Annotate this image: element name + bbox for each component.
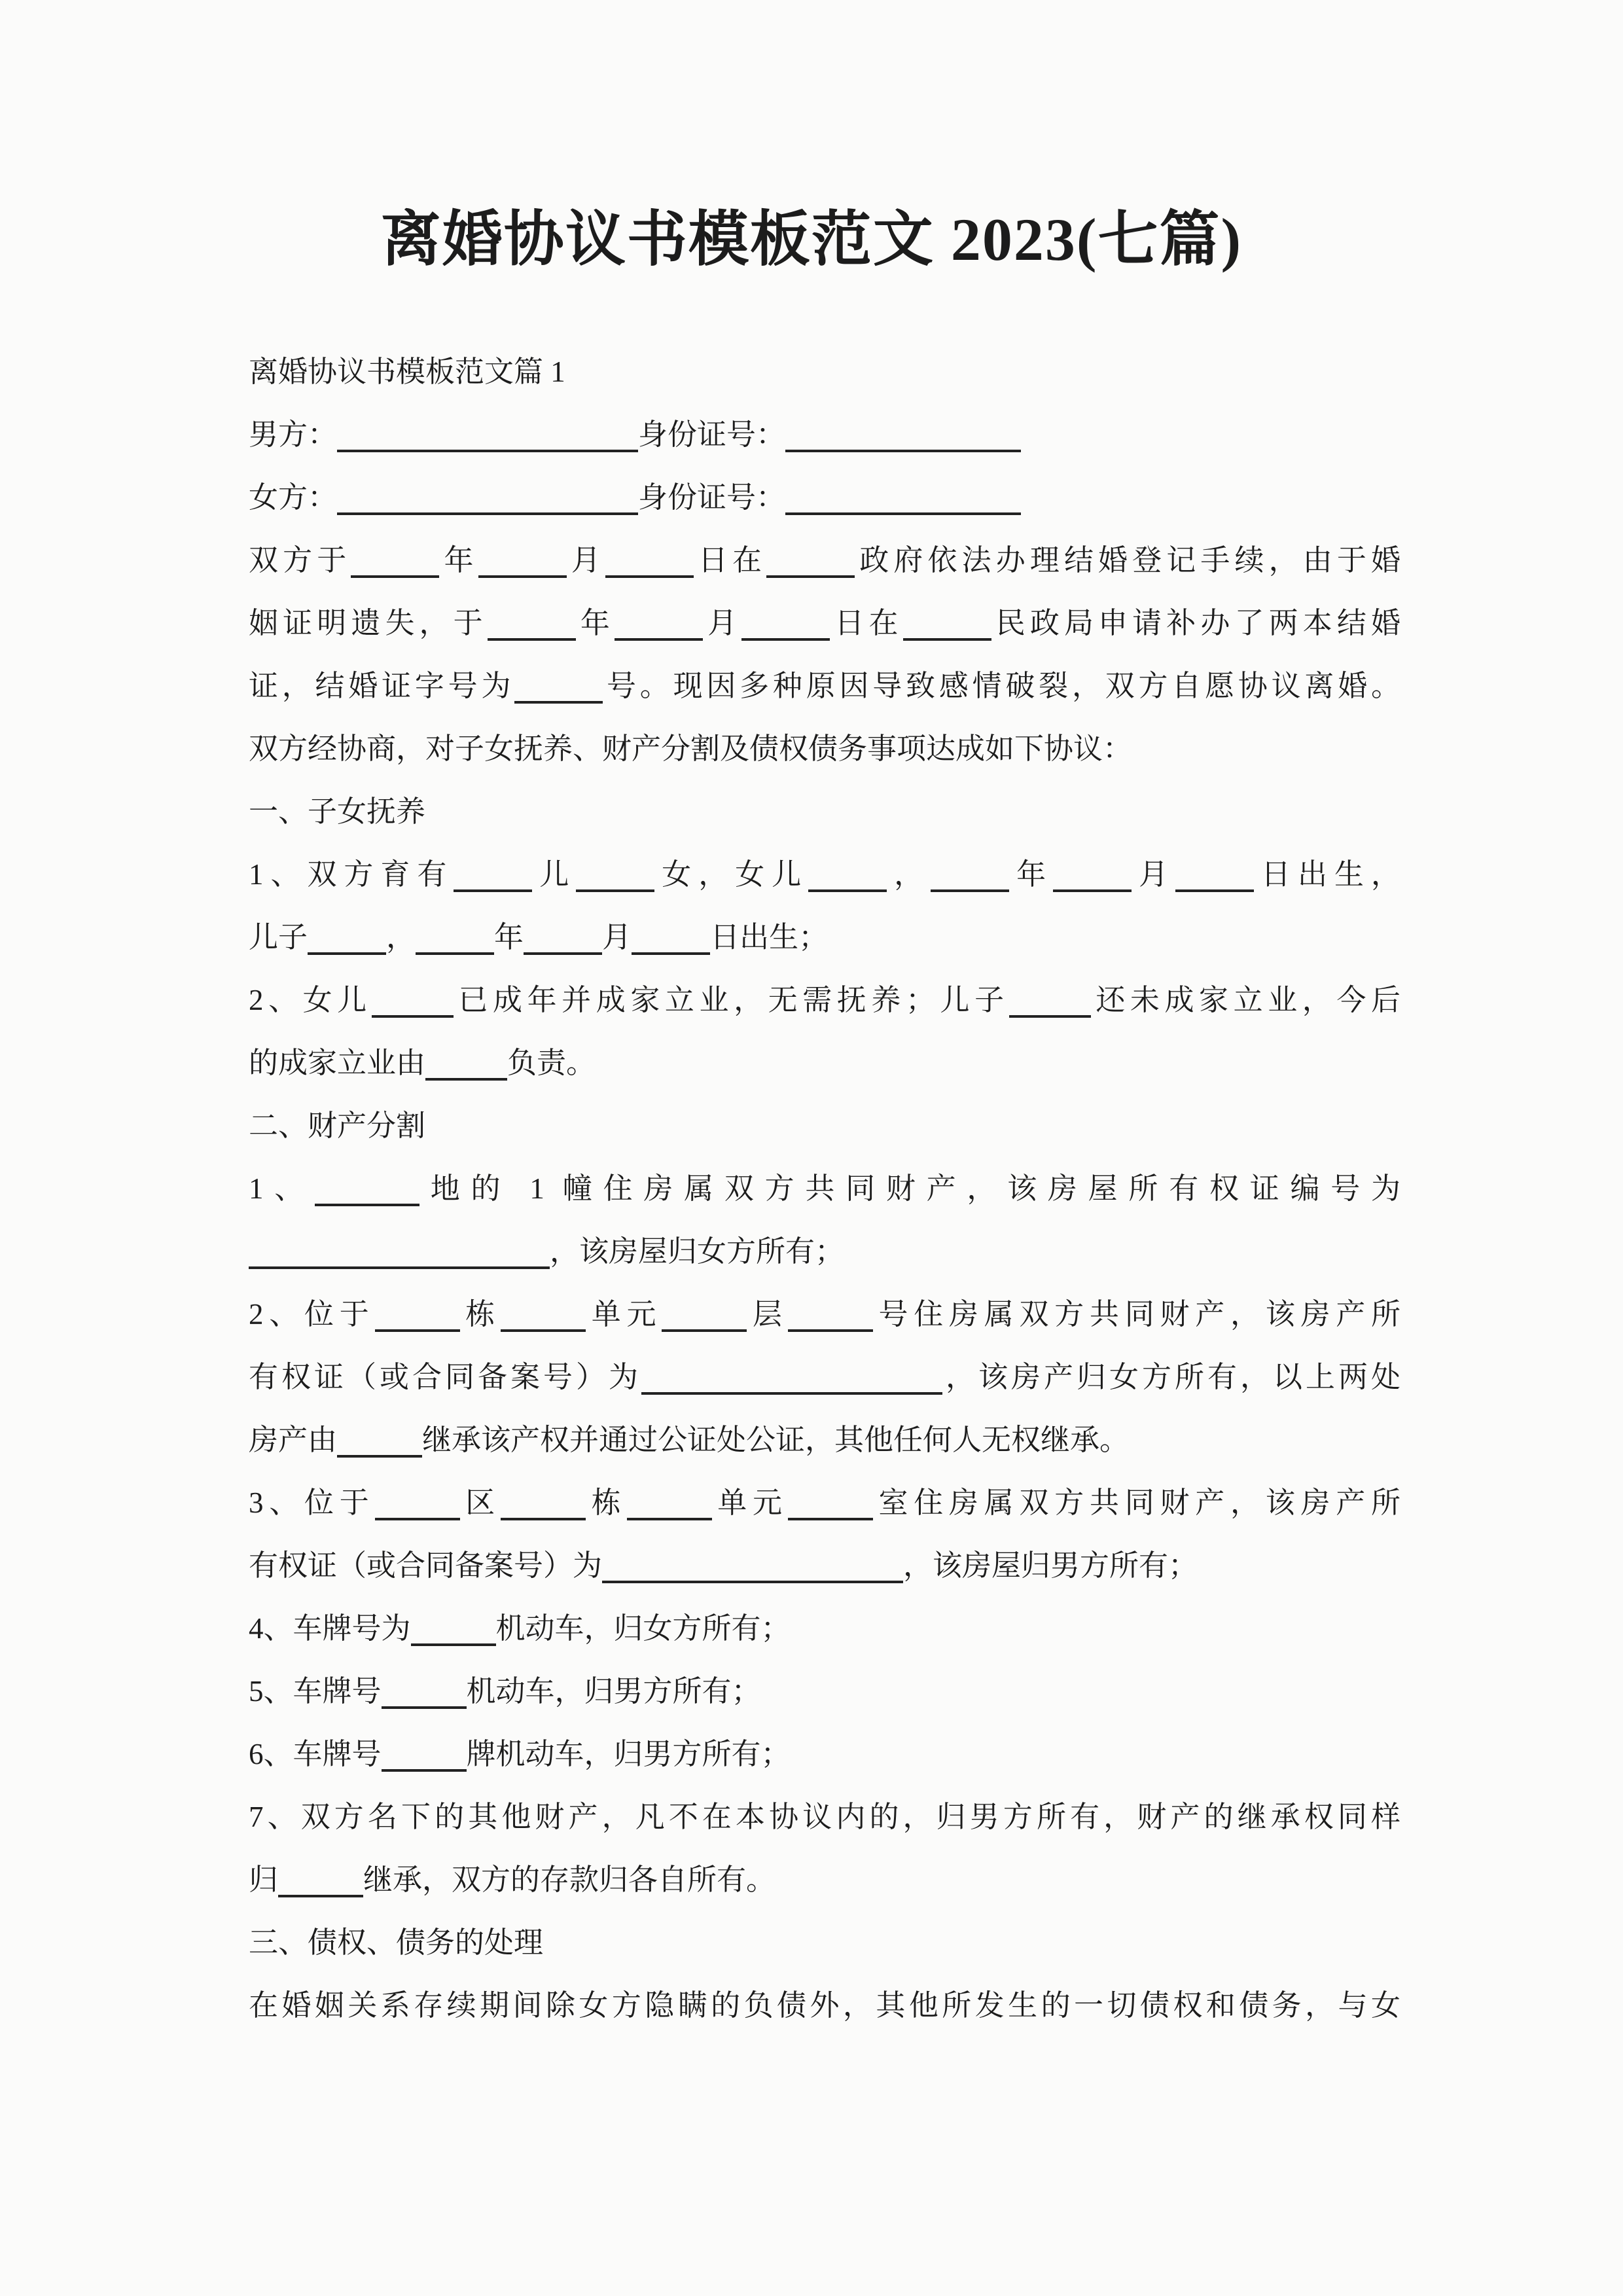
- piece-heading: 离婚协议书模板范文篇 1: [249, 340, 1400, 403]
- text-run: 地的 1 幢住房属双方共同财产，该房屋所有权证编号为: [419, 1172, 1400, 1205]
- blank-underline: [1009, 982, 1091, 1018]
- text-run: 有权证（或合同备案号）为: [249, 1549, 602, 1582]
- blank-underline: [931, 857, 1009, 892]
- blank-underline: [785, 480, 1021, 515]
- blank-underline: [766, 543, 855, 578]
- blank-underline: [808, 857, 887, 892]
- property-line-1b: ，该房屋归女方所有；: [249, 1220, 1400, 1283]
- text-run: 7、双方名下的其他财产，凡不在本协议内的，归男方所有，财产的继承权同样: [249, 1801, 1400, 1833]
- text-run: 2、位于: [249, 1298, 375, 1331]
- text-run: 6、车牌号: [249, 1738, 382, 1770]
- blank-underline: [315, 1171, 419, 1206]
- blank-underline: [524, 920, 602, 955]
- text-run: 号住房属双方共同财产，该房产所: [873, 1298, 1400, 1331]
- blank-underline: [372, 982, 454, 1018]
- children-line-2: 儿子，年月日出生；: [249, 906, 1400, 969]
- text-run: 日在: [830, 607, 902, 639]
- text-run: 1、双方育有: [249, 858, 454, 891]
- text-run: 一、子女抚养: [249, 795, 425, 828]
- text-run: 的成家立业由: [249, 1047, 425, 1079]
- property-line-2a: 2、位于栋单元层号住房属双方共同财产，该房产所: [249, 1283, 1400, 1346]
- text-run: 政府依法办理结婚登记手续，由于婚: [855, 544, 1400, 577]
- text-run: 继承该产权并通过公证处公证，其他任何人无权继承。: [422, 1424, 1129, 1456]
- other-property-line-7b: 归继承，双方的存款归各自所有。: [249, 1848, 1400, 1911]
- text-run: 二、财产分割: [249, 1109, 425, 1142]
- blank-underline: [1175, 857, 1254, 892]
- children-line-1: 1、双方育有儿女，女儿，年月日出生，: [249, 843, 1400, 906]
- text-run: 有权证（或合同备案号）为: [249, 1361, 641, 1393]
- blank-underline: [382, 1736, 467, 1772]
- text-run: 三、债权、债务的处理: [249, 1926, 543, 1959]
- blank-underline: [903, 605, 991, 641]
- blank-underline: [576, 857, 654, 892]
- text-run: 儿子: [249, 921, 308, 954]
- text-run: 牌机动车，归男方所有；: [467, 1738, 791, 1770]
- text-run: 民政局申请补办了两本结婚: [991, 607, 1400, 639]
- other-property-line-7a: 7、双方名下的其他财产，凡不在本协议内的，归男方所有，财产的继承权同样: [249, 1785, 1400, 1848]
- text-run: 栋: [586, 1486, 627, 1519]
- blank-underline: [488, 605, 576, 641]
- text-run: 区: [460, 1486, 501, 1519]
- text-run: ，该房屋归女方所有；: [550, 1235, 844, 1268]
- blank-underline: [278, 1862, 363, 1897]
- blank-underline: [375, 1485, 460, 1520]
- blank-underline: [501, 1297, 586, 1332]
- text-run: 还未成家立业，今后: [1091, 984, 1400, 1016]
- document-page: 离婚协议书模板范文 2023(七篇) 离婚协议书模板范文篇 1男方：身份证号：女…: [0, 0, 1623, 2296]
- text-run: 栋: [460, 1298, 501, 1331]
- property-line-1a: 1、地的 1 幢住房属双方共同财产，该房屋所有权证编号为: [249, 1157, 1400, 1220]
- property-line-3b: 有权证（或合同备案号）为，该房屋归男方所有；: [249, 1534, 1400, 1597]
- blank-underline: [602, 1548, 903, 1583]
- certificate-lost-line: 姻证明遗失，于年月日在民政局申请补办了两本结婚: [249, 592, 1400, 655]
- text-run: 层: [747, 1298, 788, 1331]
- text-run: 月: [602, 921, 632, 954]
- text-run: ，: [386, 921, 416, 954]
- text-run: 证，结婚证字号为: [249, 670, 514, 702]
- blank-underline: [632, 920, 710, 955]
- blank-underline: [249, 1234, 550, 1269]
- vehicle-line-6: 6、车牌号牌机动车，归男方所有；: [249, 1723, 1400, 1785]
- section-3-heading: 三、债权、债务的处理: [249, 1911, 1400, 1974]
- property-line-3a: 3、位于区栋单元室住房属双方共同财产，该房产所: [249, 1471, 1400, 1534]
- text-run: 机动车，归女方所有；: [496, 1612, 791, 1645]
- text-run: 2、女儿: [249, 984, 372, 1016]
- text-run: 单元: [712, 1486, 788, 1519]
- blank-underline: [741, 605, 830, 641]
- text-run: 年: [494, 921, 524, 954]
- text-run: 机动车，归男方所有；: [467, 1675, 761, 1708]
- blank-underline: [425, 1045, 507, 1081]
- document-body: 离婚协议书模板范文篇 1男方：身份证号：女方：身份证号：双方于年月日在政府依法办…: [249, 340, 1400, 2037]
- text-run: 日出生，: [1254, 858, 1400, 891]
- blank-underline: [1053, 857, 1132, 892]
- vehicle-line-4: 4、车牌号为机动车，归女方所有；: [249, 1597, 1400, 1660]
- blank-underline: [641, 1359, 942, 1395]
- agreement-intro-line: 双方经协商，对子女抚养、财产分割及债权债务事项达成如下协议：: [249, 717, 1400, 780]
- text-run: 房产由: [249, 1424, 337, 1456]
- blank-underline: [375, 1297, 460, 1332]
- section-2-heading: 二、财产分割: [249, 1094, 1400, 1157]
- text-run: ，该房产归女方所有，以上两处: [942, 1361, 1400, 1393]
- text-run: 年: [439, 544, 478, 577]
- text-run: 姻证明遗失，于: [249, 607, 488, 639]
- blank-underline: [337, 480, 638, 515]
- text-run: 日在: [694, 544, 766, 577]
- blank-underline: [351, 543, 439, 578]
- debt-line-1: 在婚姻关系存续期间除女方隐瞒的负债外，其他所发生的一切债权和债务，与女: [249, 1974, 1400, 2037]
- text-run: 日出生；: [710, 921, 828, 954]
- text-run: 年: [1009, 858, 1053, 891]
- text-run: 儿: [532, 858, 576, 891]
- property-line-2c: 房产由继承该产权并通过公证处公证，其他任何人无权继承。: [249, 1408, 1400, 1471]
- party-male-line: 男方：身份证号：: [249, 403, 1400, 466]
- marriage-registration-line: 双方于年月日在政府依法办理结婚登记手续，由于婚: [249, 529, 1400, 592]
- blank-underline: [788, 1297, 873, 1332]
- text-run: 月: [1132, 858, 1175, 891]
- text-run: 已成年并成家立业，无需抚养；儿子: [454, 984, 1009, 1016]
- blank-underline: [478, 543, 567, 578]
- blank-underline: [785, 417, 1021, 452]
- certificate-number-line: 证，结婚证字号为号。现因多种原因导致感情破裂，双方自愿协议离婚。: [249, 655, 1400, 717]
- property-line-2b: 有权证（或合同备案号）为，该房产归女方所有，以上两处: [249, 1346, 1400, 1408]
- text-run: 双方经协商，对子女抚养、财产分割及债权债务事项达成如下协议：: [249, 732, 1132, 765]
- blank-underline: [454, 857, 532, 892]
- text-run: ，该房屋归男方所有；: [903, 1549, 1198, 1582]
- blank-underline: [615, 605, 703, 641]
- text-run: 月: [703, 607, 741, 639]
- blank-underline: [501, 1485, 586, 1520]
- vehicle-line-5: 5、车牌号机动车，归男方所有；: [249, 1660, 1400, 1723]
- text-run: 女，女儿: [654, 858, 808, 891]
- text-run: 归: [249, 1863, 278, 1896]
- document-title: 离婚协议书模板范文 2023(七篇): [0, 191, 1623, 278]
- text-run: 负责。: [507, 1047, 596, 1079]
- text-run: 1、: [249, 1172, 315, 1205]
- text-run: 4、车牌号为: [249, 1612, 411, 1645]
- blank-underline: [627, 1485, 712, 1520]
- text-run: 继承，双方的存款归各自所有。: [363, 1863, 776, 1896]
- text-run: 月: [567, 544, 605, 577]
- blank-underline: [662, 1297, 747, 1332]
- text-run: 3、位于: [249, 1486, 375, 1519]
- text-run: 双方于: [249, 544, 351, 577]
- blank-underline: [411, 1611, 496, 1646]
- children-line-4: 的成家立业由负责。: [249, 1031, 1400, 1094]
- text-run: 在婚姻关系存续期间除女方隐瞒的负债外，其他所发生的一切债权和债务，与女: [249, 1989, 1400, 2022]
- text-run: 离婚协议书模板范文篇 1: [249, 355, 565, 388]
- section-1-heading: 一、子女抚养: [249, 780, 1400, 843]
- text-run: ，: [887, 858, 931, 891]
- text-run: 身份证号：: [638, 481, 785, 514]
- text-run: 单元: [586, 1298, 662, 1331]
- text-run: 号。现因多种原因导致感情破裂，双方自愿协议离婚。: [603, 670, 1400, 702]
- blank-underline: [416, 920, 494, 955]
- blank-underline: [308, 920, 386, 955]
- party-female-line: 女方：身份证号：: [249, 466, 1400, 529]
- blank-underline: [605, 543, 694, 578]
- blank-underline: [514, 668, 603, 704]
- blank-underline: [788, 1485, 873, 1520]
- text-run: 身份证号：: [638, 418, 785, 451]
- blank-underline: [337, 417, 638, 452]
- text-run: 室住房属双方共同财产，该房产所: [873, 1486, 1400, 1519]
- text-run: 男方：: [249, 418, 337, 451]
- blank-underline: [337, 1422, 422, 1458]
- text-run: 年: [576, 607, 615, 639]
- children-line-3: 2、女儿已成年并成家立业，无需抚养；儿子还未成家立业，今后: [249, 969, 1400, 1031]
- text-run: 5、车牌号: [249, 1675, 382, 1708]
- blank-underline: [382, 1674, 467, 1709]
- text-run: 女方：: [249, 481, 337, 514]
